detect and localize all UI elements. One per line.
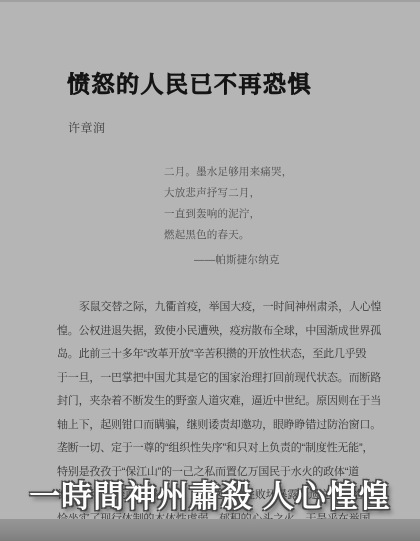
video-subtitle-overlay: 一時間神州肅殺 人心惶惶 xyxy=(0,479,420,515)
body-line: 惶。公权进退失据，致使小民遭殃，疫疠散布全球，中国渐成世界孤 xyxy=(57,320,381,344)
body-line: 岛。此前三十多年“改革开放”辛苦积攒的开放性状态，至此几乎毁 xyxy=(57,343,381,367)
bottom-letterbox-band xyxy=(0,519,420,541)
poem-line: 一直到轰响的泥泞， xyxy=(164,204,292,225)
video-frame: 愤怒的人民已不再恐惧 许章润 二月。墨水足够用来痛哭， 大放悲声抒写二月， 一直… xyxy=(0,0,420,541)
body-line: 于一旦，一巴掌把中国尤其是它的国家治理打回前现代状态。而断路 xyxy=(57,367,381,391)
top-edge-line xyxy=(0,0,420,2)
poem-attribution: ——帕斯捷尔纳克 xyxy=(164,250,292,271)
article-author: 许章润 xyxy=(68,119,106,136)
body-line: 豕鼠交替之际，九衢首疫，举国大疫，一时间神州肃杀，人心惶 xyxy=(57,296,381,320)
epigraph-poem: 二月。墨水足够用来痛哭， 大放悲声抒写二月， 一直到轰响的泥泞， 燃起黑色的春天… xyxy=(164,162,292,271)
body-line: 封门，夹杂着不断发生的野蛮人道灾难，逼近中世纪。原因则在于当 xyxy=(57,390,381,414)
poem-line: 大放悲声抒写二月， xyxy=(164,183,292,204)
poem-line: 燃起黑色的春天。 xyxy=(164,225,292,246)
body-line: 轴上下，起则钳口而瞒骗，继则诿责却邀功，眼睁睁错过防治窗口。 xyxy=(57,414,381,438)
article-title: 愤怒的人民已不再恐惧 xyxy=(67,70,312,98)
poem-line: 二月。墨水足够用来痛哭， xyxy=(164,162,292,183)
body-line: 垄断一切、定于一尊的“组织性失序”和只对上负责的“制度性无能”， xyxy=(57,437,381,461)
